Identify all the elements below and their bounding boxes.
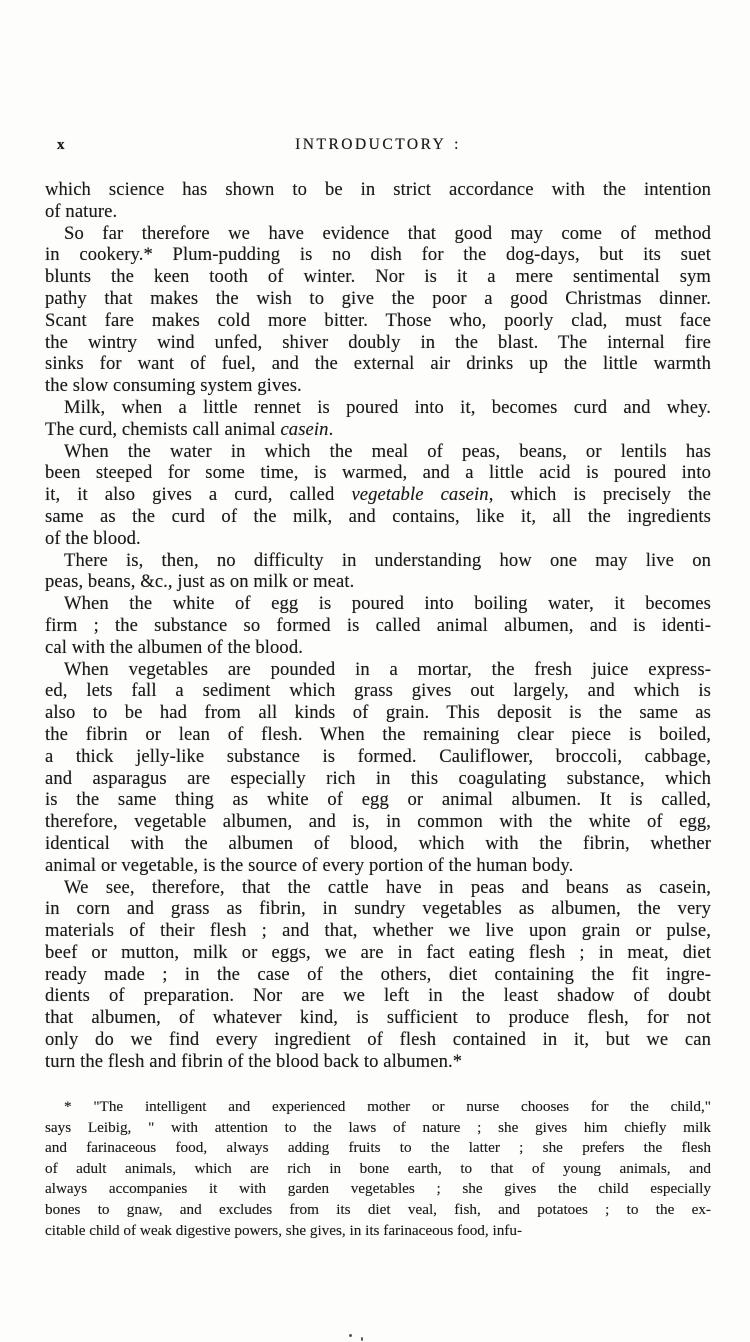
text-line: therefore, vegetable albumen, and is, in…	[45, 811, 711, 833]
text-line: Scant fare makes cold more bitter. Those…	[45, 310, 711, 332]
paragraph: There is, then, no difficulty in underst…	[45, 550, 711, 594]
text-line: ed, lets fall a sediment which grass giv…	[45, 680, 711, 702]
text-line: firm ; the substance so formed is called…	[45, 615, 711, 637]
text-line: When the water in which the meal of peas…	[45, 441, 711, 463]
text-line: So far therefore we have evidence that g…	[45, 223, 711, 245]
text-line: always accompanies it with garden vegeta…	[45, 1179, 711, 1200]
scan-speck	[361, 1337, 363, 1341]
text-line: When vegetables are pounded in a mortar,…	[45, 659, 711, 681]
paragraph: * "The intelligent and experienced mothe…	[45, 1097, 711, 1241]
text-line: in corn and grass as fibrin, in sundry v…	[45, 898, 711, 920]
text-line: same as the curd of the milk, and contai…	[45, 506, 711, 528]
text-line: a thick jelly-like substance is formed. …	[45, 746, 711, 768]
text-line: in cookery.* Plum-pudding is no dish for…	[45, 244, 711, 266]
text-line: blunts the keen tooth of winter. Nor is …	[45, 266, 711, 288]
text-line: the fibrin or lean of flesh. When the re…	[45, 724, 711, 746]
text-line: of adult animals, which are rich in bone…	[45, 1159, 711, 1180]
text-line: Milk, when a little rennet is poured int…	[45, 397, 711, 419]
text-line: pathy that makes the wish to give the po…	[45, 288, 711, 310]
text-line: and asparagus are especially rich in thi…	[45, 768, 711, 790]
text-line: The curd, chemists call animal casein.	[45, 419, 711, 441]
text-line: identical with the albumen of blood, whi…	[45, 833, 711, 855]
paragraph: When the white of egg is poured into boi…	[45, 593, 711, 658]
text-line: the slow consuming system gives.	[45, 375, 711, 397]
text-line: only do we find every ingredient of fles…	[45, 1029, 711, 1051]
text-line: bones to gnaw, and excludes from its die…	[45, 1200, 711, 1221]
text-line: There is, then, no difficulty in underst…	[45, 550, 711, 572]
text-line: it, it also gives a curd, called vegetab…	[45, 484, 711, 506]
paragraph: We see, therefore, that the cattle have …	[45, 877, 711, 1073]
text-line: We see, therefore, that the cattle have …	[45, 877, 711, 899]
paragraph: So far therefore we have evidence that g…	[45, 223, 711, 397]
text-line: cal with the albumen of the blood.	[45, 637, 711, 659]
body-text: which science has shown to be in strict …	[45, 179, 711, 1073]
text-line: When the white of egg is poured into boi…	[45, 593, 711, 615]
book-page: x INTRODUCTORY : which science has shown…	[0, 0, 750, 1342]
text-line: materials of their flesh ; and that, whe…	[45, 920, 711, 942]
paragraph: Milk, when a little rennet is poured int…	[45, 397, 711, 441]
text-line: of nature.	[45, 201, 711, 223]
text-line: peas, beans, &c., just as on milk or mea…	[45, 571, 711, 593]
text-line: sinks for want of fuel, and the external…	[45, 353, 711, 375]
text-line: and farinaceous food, always adding frui…	[45, 1138, 711, 1159]
scan-speck	[349, 1334, 352, 1337]
text-line: turn the flesh and fibrin of the blood b…	[45, 1051, 711, 1073]
running-title: INTRODUCTORY :	[295, 136, 461, 153]
footnote: * "The intelligent and experienced mothe…	[45, 1097, 711, 1241]
text-line: the wintry wind unfed, shiver doubly in …	[45, 332, 711, 354]
text-line: citable child of weak digestive powers, …	[45, 1221, 711, 1242]
page-header: x INTRODUCTORY :	[45, 136, 711, 158]
paragraph: When vegetables are pounded in a mortar,…	[45, 659, 711, 877]
paragraph: which science has shown to be in strict …	[45, 179, 711, 223]
text-line: is the same thing as white of egg or ani…	[45, 789, 711, 811]
page-number: x	[57, 137, 66, 154]
text-line: which science has shown to be in strict …	[45, 179, 711, 201]
text-line: beef or mutton, milk or eggs, we are in …	[45, 942, 711, 964]
text-line: also to be had from all kinds of grain. …	[45, 702, 711, 724]
text-line: of the blood.	[45, 528, 711, 550]
text-line: dients of preparation. Nor are we left i…	[45, 985, 711, 1007]
text-line: ready made ; in the case of the others, …	[45, 964, 711, 986]
text-line: animal or vegetable, is the source of ev…	[45, 855, 711, 877]
text-line: * "The intelligent and experienced mothe…	[45, 1097, 711, 1118]
text-line: says Leibig, " with attention to the law…	[45, 1118, 711, 1139]
paragraph: When the water in which the meal of peas…	[45, 441, 711, 550]
text-line: been steeped for some time, is warmed, a…	[45, 462, 711, 484]
text-line: that albumen, of whatever kind, is suffi…	[45, 1007, 711, 1029]
